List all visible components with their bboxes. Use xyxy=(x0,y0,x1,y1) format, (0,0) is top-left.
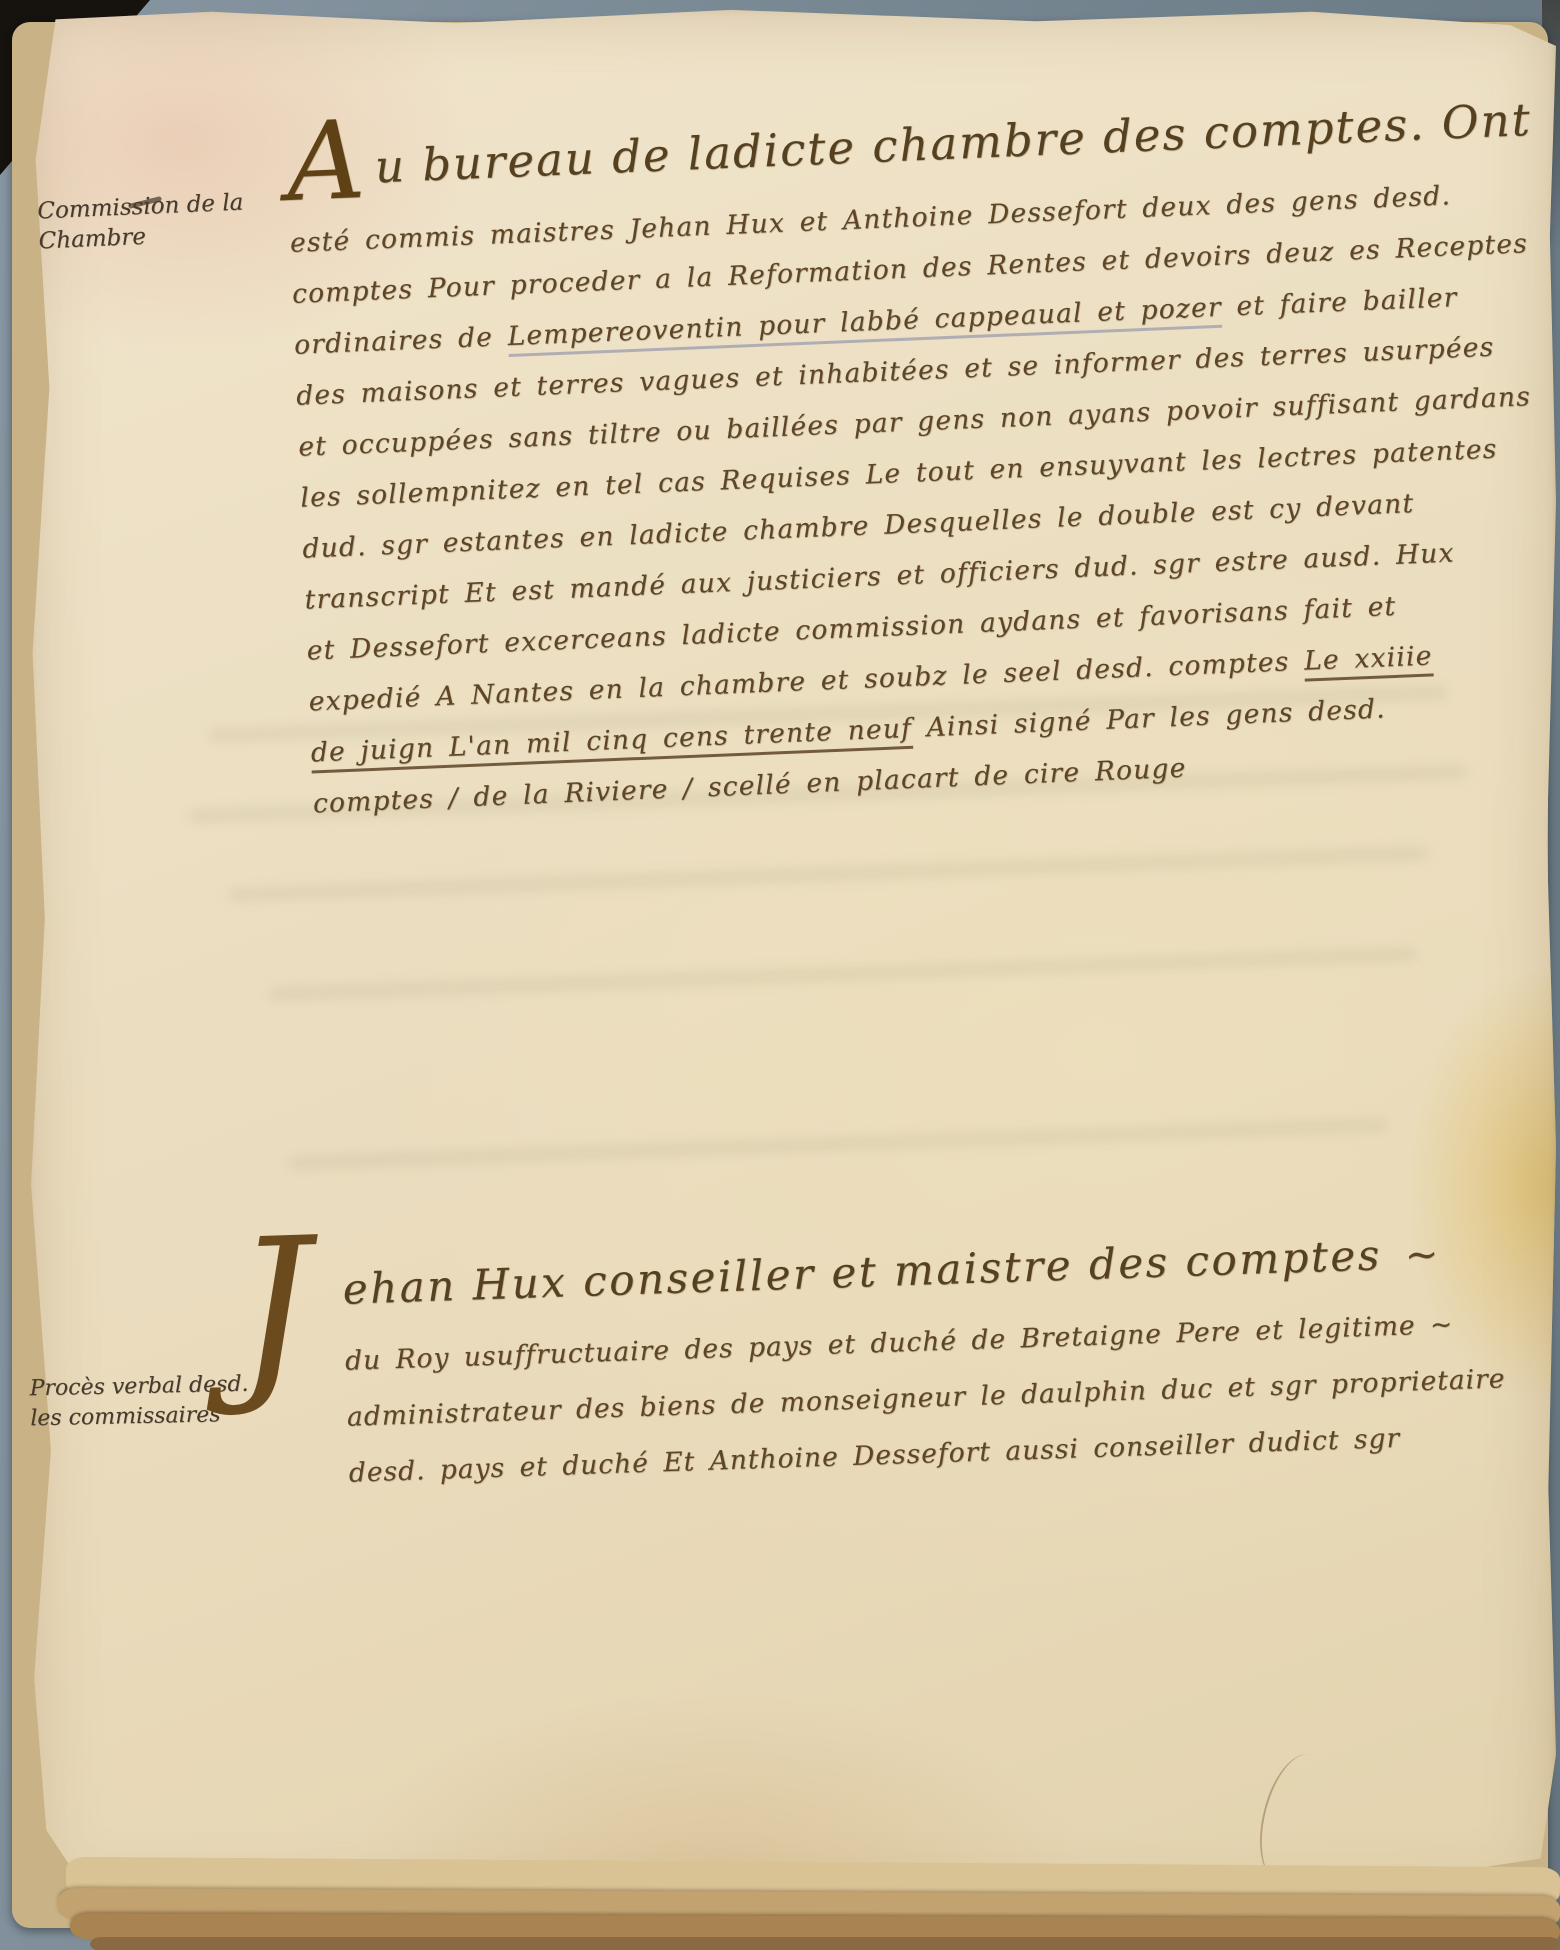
ink-underlined-text: Le xxiiie xyxy=(1303,640,1433,681)
margin-note-proces-verbal: Procès verbal desd. les commissaires xyxy=(29,1370,249,1435)
heading-flourish: ~ xyxy=(1404,1231,1439,1278)
margin-note-line: Procès verbal desd. xyxy=(29,1370,248,1405)
line-text: et faire bailler xyxy=(1221,282,1458,323)
margin-note-line: les commissaires xyxy=(30,1400,249,1435)
line-text: ordinaires de xyxy=(294,321,509,361)
manuscript-photo: Commission de la Chambre Au bureau de la… xyxy=(0,0,1560,1950)
page-stack-edge xyxy=(90,1937,1560,1950)
bleedthrough-streak xyxy=(268,948,1418,1000)
decorated-initial-J: J xyxy=(235,1308,311,1311)
bleedthrough-streak xyxy=(288,1119,1388,1169)
commission-entry: Au bureau de ladicte chambre des comptes… xyxy=(286,93,1560,829)
line-text: Ainsi signé Par les gens desd. xyxy=(911,693,1386,743)
entry-body: esté commis maistres Jehan Hux et Anthoi… xyxy=(289,165,1560,829)
proces-verbal-entry: J ehan Hux conseiller et maistre des com… xyxy=(246,1225,1553,1505)
decorated-initial-A: A xyxy=(287,161,367,164)
margin-note-commission: Commission de la Chambre xyxy=(37,188,245,257)
bleedthrough-streak xyxy=(228,847,1428,901)
